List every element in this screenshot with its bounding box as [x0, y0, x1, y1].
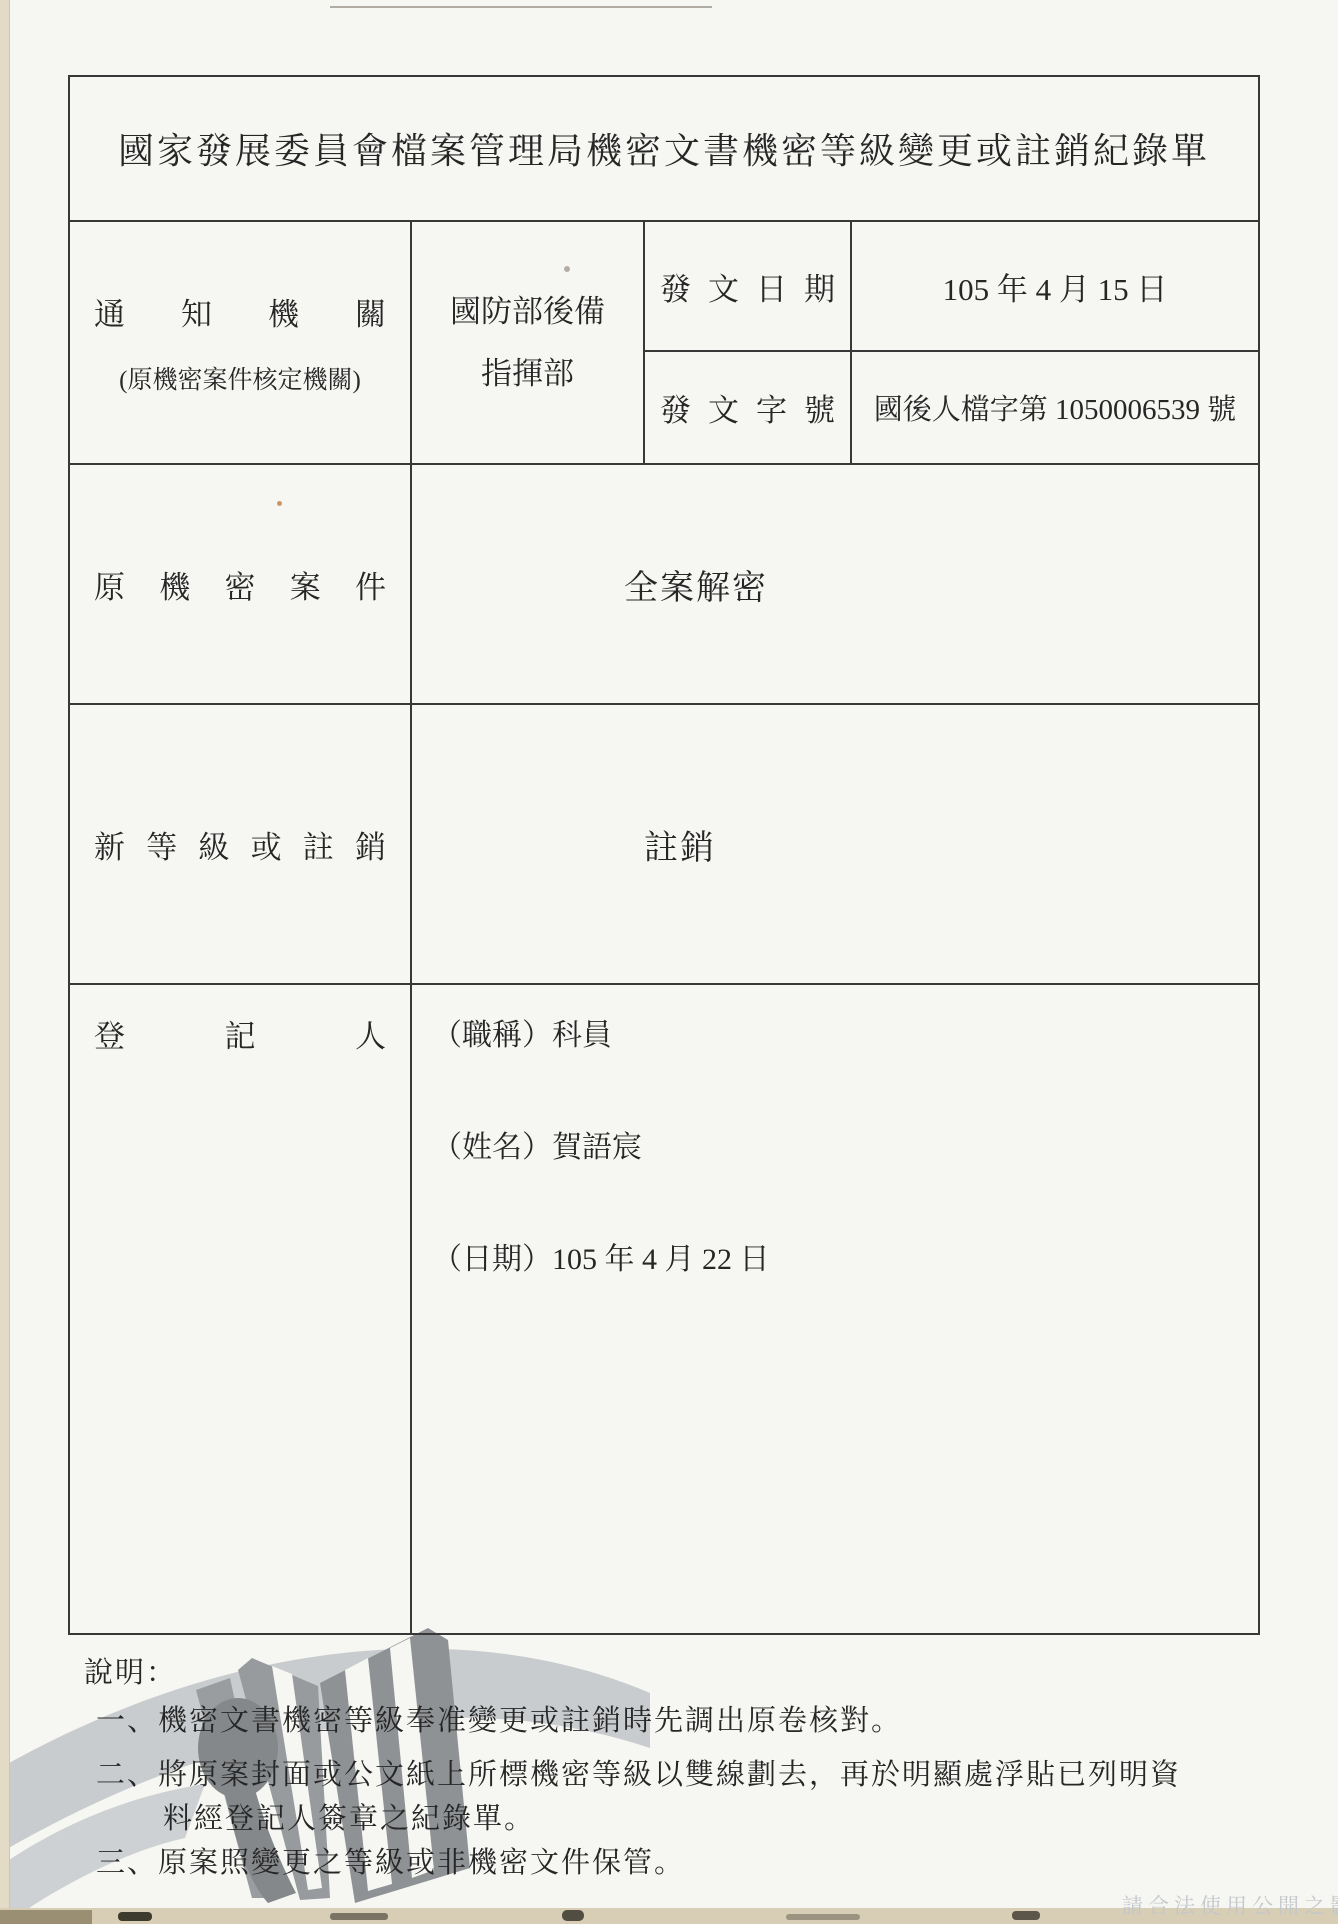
- new-level-value-cell: 註銷: [412, 705, 1258, 985]
- registrar-label-cell: 登記人: [70, 985, 412, 1633]
- form-title: 國家發展委員會檔案管理局機密文書機密等級變更或註銷紀錄單: [70, 123, 1258, 174]
- scan-speck: [330, 1913, 388, 1920]
- note-item-2: 二、將原案封面或公文紙上所標機密等級以雙線劃去，再於明顯處浮貼已列明資: [96, 1752, 1181, 1793]
- registrar-title-line: （職稱）科員: [432, 1015, 1258, 1057]
- note-item-2-wrap: 料經登記人簽章之紀錄單。: [163, 1796, 535, 1837]
- scan-edge-bottom-corner: [0, 1910, 92, 1924]
- notify-agency-label-cell: 通知機關 (原機密案件核定機關): [70, 222, 412, 465]
- registrar-name-line: （姓名）賀語宸: [432, 1127, 1258, 1169]
- original-case-label-cell: 原機密案件: [70, 465, 412, 705]
- scan-edge-left: [0, 0, 10, 1924]
- notes-heading: 說明：: [84, 1650, 177, 1691]
- note-item-1: 一、機密文書機密等級奉准變更或註銷時先調出原卷核對。: [96, 1698, 902, 1739]
- issue-number-label-cell: 發文字號: [645, 352, 852, 465]
- registrar-label: 登記人: [70, 1011, 410, 1056]
- notify-agency-value-line1: 國防部後備: [412, 281, 643, 343]
- original-case-label: 原機密案件: [70, 562, 410, 607]
- issue-number-label: 發文字號: [645, 385, 850, 430]
- issue-number-value-cell: 國後人檔字第 1050006539 號: [852, 352, 1258, 465]
- scan-speck: [786, 1914, 860, 1920]
- usage-watermark-text: 請合法使用公開之影像: [1122, 1890, 1338, 1920]
- notify-agency-label: 通知機關: [70, 289, 410, 334]
- issue-date-label: 發文日期: [645, 264, 850, 309]
- notify-agency-value-line2: 指揮部: [412, 343, 643, 405]
- scan-speck: [1012, 1911, 1040, 1920]
- original-case-value-cell: 全案解密: [412, 465, 1258, 705]
- notify-agency-note: (原機密案件核定機關): [70, 360, 410, 396]
- issue-date-value-cell: 105 年 4 月 15 日: [852, 222, 1258, 352]
- form-title-cell: 國家發展委員會檔案管理局機密文書機密等級變更或註銷紀錄單: [70, 77, 1258, 222]
- note-item-3: 三、原案照變更之等級或非機密文件保管。: [96, 1840, 685, 1881]
- scan-speck: [562, 1910, 584, 1921]
- notify-agency-value-cell: 國防部後備 指揮部: [412, 222, 645, 465]
- record-form-table: 國家發展委員會檔案管理局機密文書機密等級變更或註銷紀錄單 通知機關 (原機密案件…: [68, 75, 1260, 1635]
- registrar-value-cell: （職稱）科員 （姓名）賀語宸 （日期）105 年 4 月 22 日: [412, 985, 1258, 1633]
- new-level-value: 註銷: [412, 820, 1258, 869]
- scan-line-top: [330, 6, 712, 8]
- issue-number-value: 國後人檔字第 1050006539 號: [852, 387, 1258, 428]
- issue-date-label-cell: 發文日期: [645, 222, 852, 352]
- original-case-value: 全案解密: [412, 560, 1258, 609]
- scanned-document-page: 國家發展委員會檔案管理局機密文書機密等級變更或註銷紀錄單 通知機關 (原機密案件…: [0, 0, 1338, 1924]
- issue-date-value: 105 年 4 月 15 日: [852, 264, 1258, 309]
- new-level-label: 新等級或註銷: [70, 822, 410, 867]
- registrar-date-line: （日期）105 年 4 月 22 日: [432, 1239, 1258, 1281]
- new-level-label-cell: 新等級或註銷: [70, 705, 412, 985]
- scan-speck: [118, 1912, 152, 1921]
